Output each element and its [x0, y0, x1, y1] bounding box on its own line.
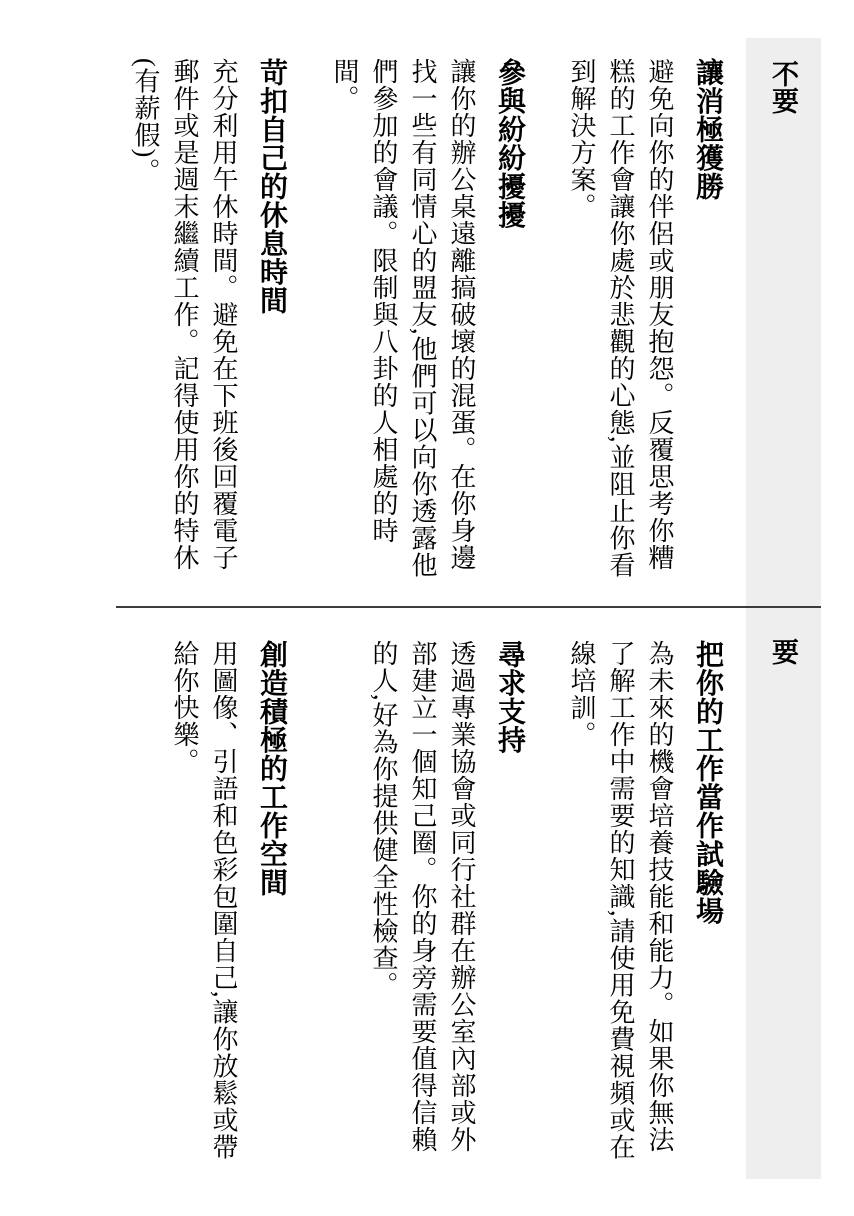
side-rail	[746, 38, 821, 1179]
item-body: 充分利用午休時間。避免在下班後回覆電子郵件或是週末繼續工作。記得使用你的特休(有…	[126, 58, 243, 580]
do-item-create-positive-workspace: 創造積極的工作空間 用圖像、引語和色彩包圍自己,讓你放鬆或帶給你快樂。	[165, 640, 287, 1162]
item-body: 透過專業協會或同行社群在辦公室內部或外部建立一個知己圈。你的身旁需要值得信賴的人…	[364, 640, 481, 1162]
dont-section-label: 不要	[768, 60, 798, 114]
item-heading: 創造積極的工作空間	[257, 640, 287, 1162]
item-heading: 讓消極獲勝	[693, 58, 723, 580]
item-heading: 參與紛紛擾擾	[495, 58, 525, 580]
dont-item-skimp-on-rest: 苛扣自己的休息時間 充分利用午休時間。避免在下班後回覆電子郵件或是週末繼續工作。…	[126, 58, 287, 580]
item-body: 用圖像、引語和色彩包圍自己,讓你放鬆或帶給你快樂。	[165, 640, 243, 1162]
dont-item-join-the-drama: 參與紛紛擾擾 讓你的辦公桌遠離搞破壞的混蛋。在你身邊找一些有同情心的盟友,他們可…	[325, 58, 525, 580]
do-item-seek-support: 尋求支持 透過專業協會或同行社群在辦公室內部或外部建立一個知己圈。你的身旁需要值…	[364, 640, 525, 1162]
item-body: 讓你的辦公桌遠離搞破壞的混蛋。在你身邊找一些有同情心的盟友,他們可以向你透露他們…	[325, 58, 481, 580]
dont-item-let-negativity-win: 讓消極獲勝 避免向你的伴侶或朋友抱怨。反覆思考你糟糕的工作會讓你處於悲觀的心態,…	[562, 58, 723, 580]
item-body: 避免向你的伴侶或朋友抱怨。反覆思考你糟糕的工作會讓你處於悲觀的心態,並阻止你看到…	[562, 58, 679, 580]
section-divider	[116, 606, 821, 608]
item-heading: 尋求支持	[495, 640, 525, 1162]
item-heading: 把你的工作當作試驗場	[693, 640, 723, 1162]
item-heading: 苛扣自己的休息時間	[257, 58, 287, 580]
item-body: 為未來的機會培養技能和能力。如果你無法了解工作中需要的知識,請使用免費視頻或在線…	[562, 640, 679, 1162]
do-item-treat-job-as-testing-ground: 把你的工作當作試驗場 為未來的機會培養技能和能力。如果你無法了解工作中需要的知識…	[562, 640, 723, 1162]
do-section-label: 要	[768, 638, 798, 665]
book-page: 不要 要 讓消極獲勝 避免向你的伴侶或朋友抱怨。反覆思考你糟糕的工作會讓你處於悲…	[0, 0, 854, 1216]
